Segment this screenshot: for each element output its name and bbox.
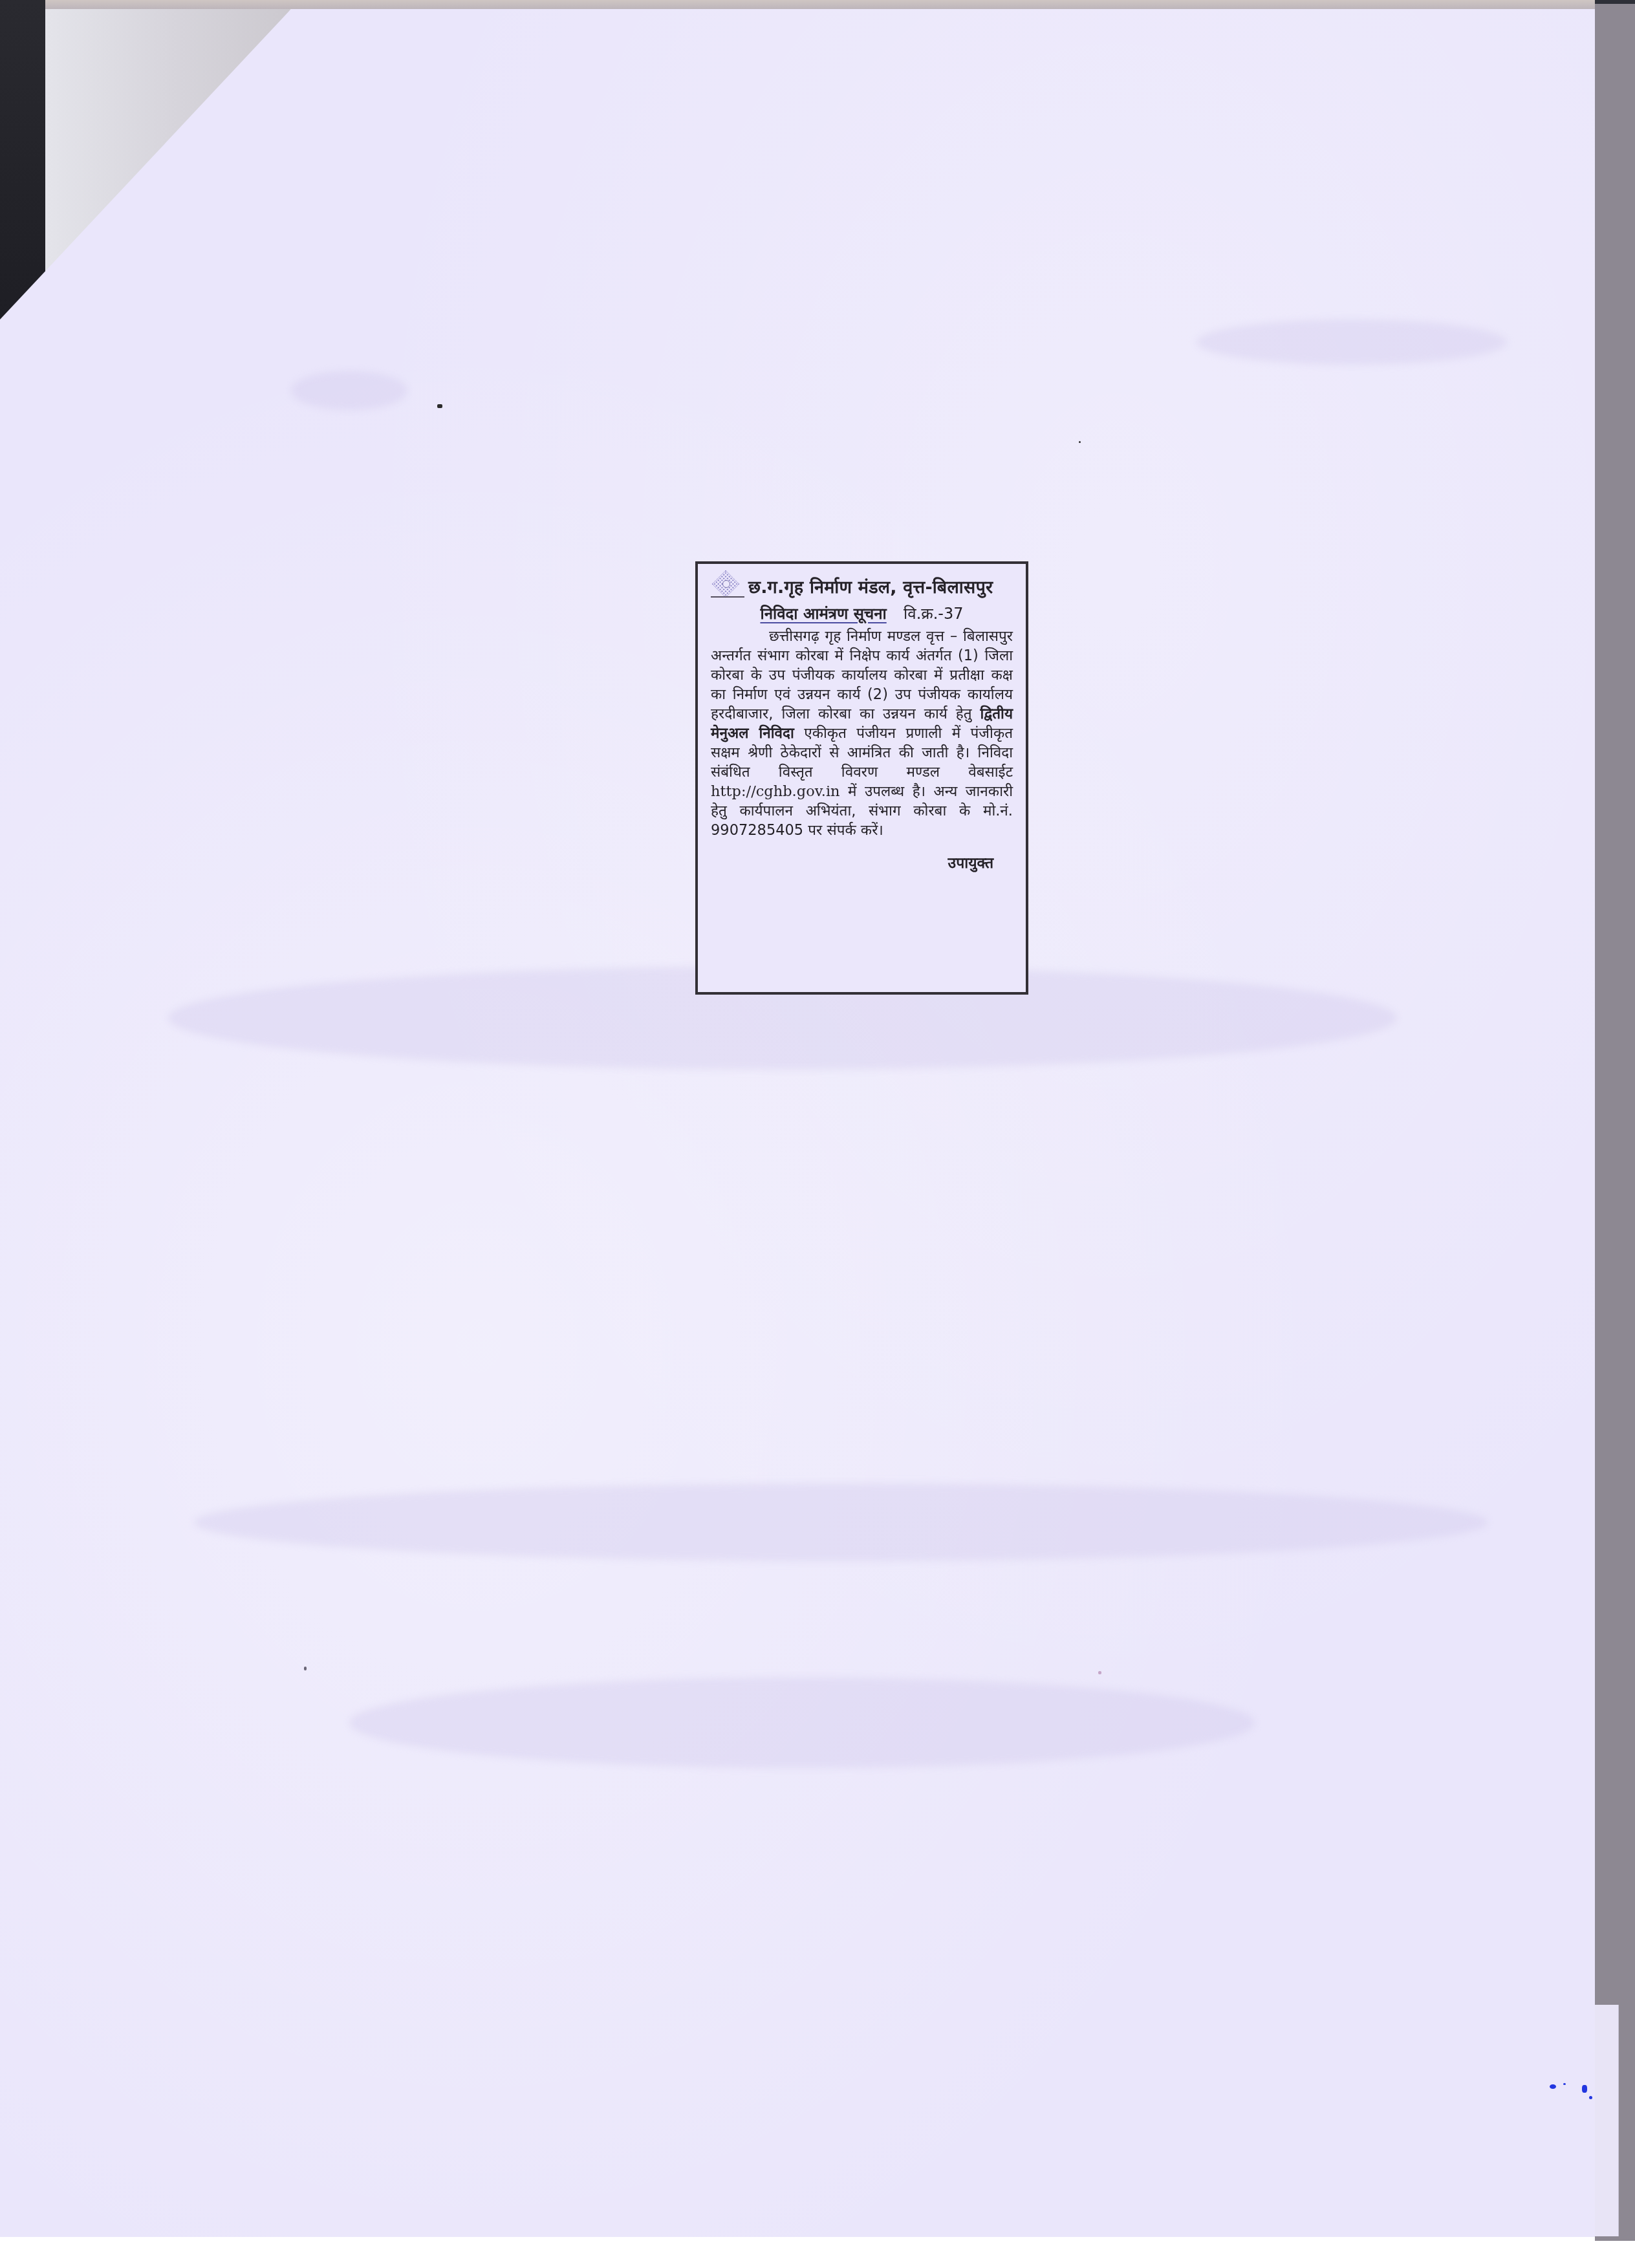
scanner-bed-right-edge [1595, 0, 1635, 2241]
scanned-page [0, 9, 1595, 2237]
dust-speck [437, 404, 442, 408]
notice-subtitle: निविदा आमंत्रण सूचना वि.क्र.-37 [711, 603, 1013, 624]
show-through-smudge [1196, 319, 1507, 365]
blue-ink-spot [1582, 2085, 1587, 2093]
blue-ink-spot [1589, 2096, 1592, 2099]
advertisement-reference: वि.क्र.-37 [904, 605, 963, 623]
scanner-bed-left-edge [0, 0, 45, 323]
show-through-smudge [194, 1484, 1488, 1561]
body-text: छत्तीसगढ़ गृह निर्माण मण्डल वृत्त – बिला… [711, 628, 1013, 722]
blue-ink-spot [1563, 2083, 1566, 2085]
show-through-smudge [291, 371, 407, 410]
organization-title: छ.ग.गृह निर्माण मंडल, वृत्त-बिलासपुर [748, 574, 993, 598]
housing-board-emblem-icon [711, 572, 744, 600]
scanner-bed-top-edge [45, 0, 1635, 9]
signatory: उपायुक्त [711, 852, 1013, 872]
notice-header: छ.ग.गृह निर्माण मंडल, वृत्त-बिलासपुर [711, 572, 1013, 600]
notice-heading: निविदा आमंत्रण सूचना [760, 605, 886, 623]
body-text: पर संपर्क करें। [803, 822, 883, 839]
dust-speck [1098, 1671, 1101, 1674]
scanner-bed-right-corner [1595, 0, 1635, 4]
show-through-smudge [349, 1678, 1255, 1768]
dust-speck [304, 1667, 307, 1670]
tender-notice-box: छ.ग.गृह निर्माण मंडल, वृत्त-बिलासपुर निव… [695, 561, 1028, 995]
dust-speck [1079, 441, 1081, 443]
blue-ink-spot [1550, 2084, 1556, 2089]
contact-phone: 9907285405 [711, 822, 803, 839]
website-link[interactable]: http://cghb.gov.in [711, 783, 840, 800]
notice-body: छत्तीसगढ़ गृह निर्माण मण्डल वृत्त – बिला… [711, 627, 1013, 840]
